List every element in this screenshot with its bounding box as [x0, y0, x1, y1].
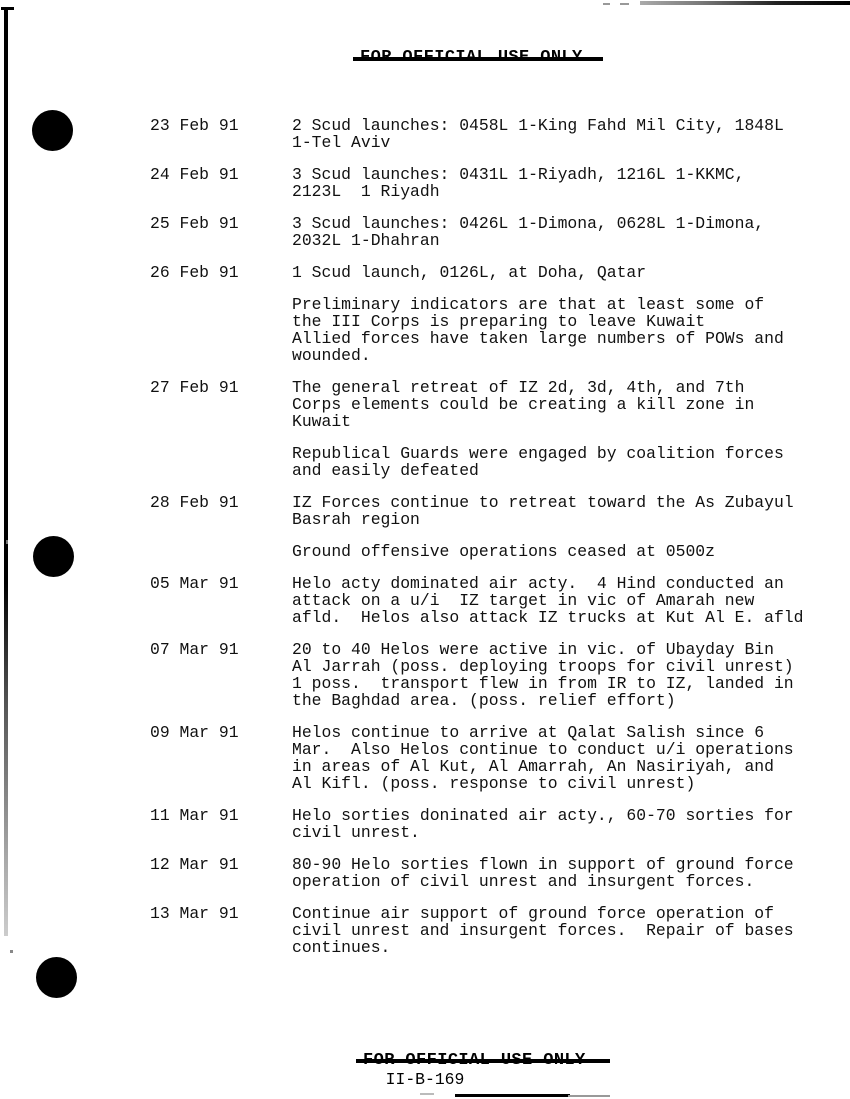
header-classification: FOR OFFICIAL USE ONLY: [360, 49, 583, 66]
document-page: FOR OFFICIAL USE ONLY 23 Feb 912 Scud la…: [0, 0, 850, 1099]
entry-paragraph: Ground offensive operations ceased at 05…: [292, 543, 820, 560]
entry-date: 25 Feb 91: [150, 215, 292, 249]
scan-dash: [420, 1093, 434, 1095]
top-edge-line: [640, 1, 850, 5]
entry-text: Helo sorties doninated air acty., 60-70 …: [292, 807, 820, 841]
page-edge-corner-tick: [1, 7, 14, 10]
entry-paragraph: Helos continue to arrive at Qalat Salish…: [292, 724, 820, 792]
entry-date: 11 Mar 91: [150, 807, 292, 841]
entry-text: 1 Scud launch, 0126L, at Doha, QatarPrel…: [292, 264, 820, 364]
entry-date: 27 Feb 91: [150, 379, 292, 479]
scan-dash: [603, 3, 610, 5]
entry-paragraph: Helo sorties doninated air acty., 60-70 …: [292, 807, 820, 841]
entry-text: 3 Scud launches: 0426L 1-Dimona, 0628L 1…: [292, 215, 820, 249]
entry-text: 80-90 Helo sorties flown in support of g…: [292, 856, 820, 890]
hole-punch-dot: [36, 957, 77, 998]
log-entry: 24 Feb 913 Scud launches: 0431L 1-Riyadh…: [150, 166, 820, 200]
entry-date: 05 Mar 91: [150, 575, 292, 626]
entry-text: IZ Forces continue to retreat toward the…: [292, 494, 820, 560]
log-entry: 26 Feb 911 Scud launch, 0126L, at Doha, …: [150, 264, 820, 364]
page-number: II-B-169: [0, 1071, 850, 1088]
entry-text: Continue air support of ground force ope…: [292, 905, 820, 956]
entry-date: 28 Feb 91: [150, 494, 292, 560]
entry-date: 23 Feb 91: [150, 117, 292, 151]
entry-paragraph: IZ Forces continue to retreat toward the…: [292, 494, 820, 528]
entry-text: 3 Scud launches: 0431L 1-Riyadh, 1216L 1…: [292, 166, 820, 200]
log-entry: 12 Mar 9180-90 Helo sorties flown in sup…: [150, 856, 820, 890]
entry-date: 12 Mar 91: [150, 856, 292, 890]
entry-paragraph: The general retreat of IZ 2d, 3d, 4th, a…: [292, 379, 820, 430]
log-entry: 13 Mar 91Continue air support of ground …: [150, 905, 820, 956]
entry-date: 13 Mar 91: [150, 905, 292, 956]
entry-date: 07 Mar 91: [150, 641, 292, 709]
classification-strikethrough-line: [356, 1059, 610, 1063]
scan-speck: [6, 540, 8, 544]
entry-text: Helo acty dominated air acty. 4 Hind con…: [292, 575, 820, 626]
bottom-edge-line: [455, 1094, 570, 1097]
log-entry: 23 Feb 912 Scud launches: 0458L 1-King F…: [150, 117, 820, 151]
entry-text: The general retreat of IZ 2d, 3d, 4th, a…: [292, 379, 820, 479]
scan-dash: [620, 3, 629, 5]
entry-text: Helos continue to arrive at Qalat Salish…: [292, 724, 820, 792]
entry-paragraph: Continue air support of ground force ope…: [292, 905, 820, 956]
entry-text: 2 Scud launches: 0458L 1-King Fahd Mil C…: [292, 117, 820, 151]
hole-punch-dot: [32, 110, 73, 151]
entry-paragraph: Helo acty dominated air acty. 4 Hind con…: [292, 575, 820, 626]
entry-date: 24 Feb 91: [150, 166, 292, 200]
entry-paragraph: 3 Scud launches: 0431L 1-Riyadh, 1216L 1…: [292, 166, 820, 200]
entry-date: 09 Mar 91: [150, 724, 292, 792]
event-log: 23 Feb 912 Scud launches: 0458L 1-King F…: [150, 117, 820, 971]
log-entry: 07 Mar 9120 to 40 Helos were active in v…: [150, 641, 820, 709]
entry-date: 26 Feb 91: [150, 264, 292, 364]
footer-classification: FOR OFFICIAL USE ONLY: [363, 1052, 586, 1069]
hole-punch-dot: [33, 536, 74, 577]
log-entry: 25 Feb 913 Scud launches: 0426L 1-Dimona…: [150, 215, 820, 249]
entry-paragraph: 80-90 Helo sorties flown in support of g…: [292, 856, 820, 890]
entry-paragraph: 1 Scud launch, 0126L, at Doha, Qatar: [292, 264, 820, 281]
entry-paragraph: 3 Scud launches: 0426L 1-Dimona, 0628L 1…: [292, 215, 820, 249]
entry-paragraph: Preliminary indicators are that at least…: [292, 296, 820, 364]
log-entry: 28 Feb 91IZ Forces continue to retreat t…: [150, 494, 820, 560]
entry-paragraph: 20 to 40 Helos were active in vic. of Ub…: [292, 641, 820, 709]
entry-text: 20 to 40 Helos were active in vic. of Ub…: [292, 641, 820, 709]
log-entry: 27 Feb 91The general retreat of IZ 2d, 3…: [150, 379, 820, 479]
scan-speck: [10, 950, 13, 953]
entry-paragraph: Republical Guards were engaged by coalit…: [292, 445, 820, 479]
log-entry: 09 Mar 91Helos continue to arrive at Qal…: [150, 724, 820, 792]
page-edge-line: [4, 8, 8, 936]
bottom-edge-line-tail: [568, 1095, 610, 1097]
classification-strikethrough-line: [353, 57, 603, 61]
entry-paragraph: 2 Scud launches: 0458L 1-King Fahd Mil C…: [292, 117, 820, 151]
log-entry: 05 Mar 91Helo acty dominated air acty. 4…: [150, 575, 820, 626]
log-entry: 11 Mar 91Helo sorties doninated air acty…: [150, 807, 820, 841]
